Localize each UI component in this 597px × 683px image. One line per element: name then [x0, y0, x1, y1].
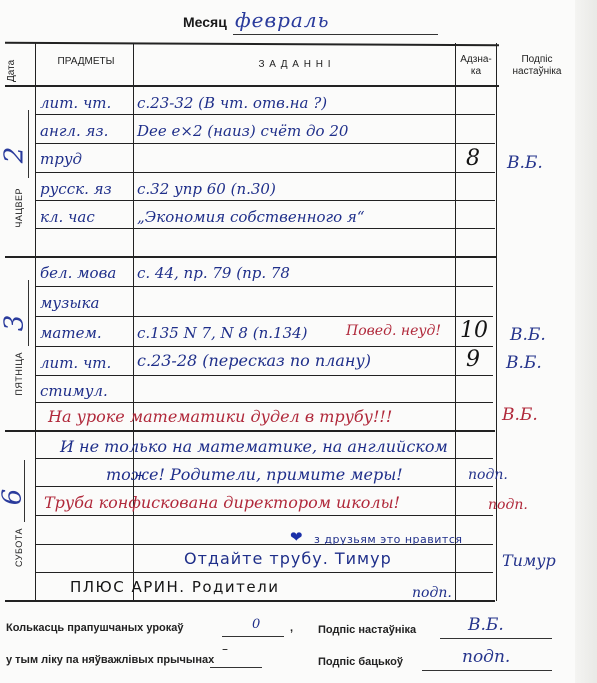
task-cell: с.23-28 (пересказ по плану) — [137, 352, 371, 370]
row-line — [35, 515, 493, 516]
tasks-column-border — [455, 43, 456, 601]
subject-cell: труд — [40, 150, 82, 168]
note-signature: подп. — [468, 466, 508, 484]
task-cell: с.135 N 7, N 8 (п.134) — [137, 324, 308, 342]
row-line — [35, 228, 495, 229]
column-header-tasks: З А Д А Н Н І — [140, 59, 450, 71]
grade-cell: 8 — [466, 150, 480, 168]
row-line — [35, 486, 493, 487]
task-cell: с.23-32 (В чт. отв.на ?) — [137, 94, 327, 112]
unexcused-line — [210, 667, 262, 668]
day-number-friday: 3 — [0, 315, 29, 332]
subject-cell: русск. яз — [40, 180, 112, 198]
note-signature: В.Б. — [502, 406, 538, 424]
teacher-signature: В.Б. — [507, 154, 543, 172]
day-number-thursday: 2 — [0, 147, 29, 164]
column-header-subjects: ПРАДМЕТЫ — [40, 56, 132, 68]
heart-icon: ❤ — [290, 528, 303, 546]
note-signature: Тимур — [502, 552, 556, 570]
teacher-signature: В.Б. — [506, 354, 542, 372]
subject-cell: бел. мова — [40, 264, 116, 282]
day-number-line — [28, 110, 29, 178]
missed-lessons-value: 0 — [252, 616, 260, 634]
day-name-friday: ПЯТНІЦА — [14, 352, 24, 396]
teacher-signature-line — [440, 638, 552, 639]
note-line: з друзьям это нравится — [314, 531, 462, 549]
column-header-date: Дата — [6, 52, 20, 82]
parent-signature-line — [422, 670, 552, 671]
note-line: Труба конфискована директором школы! — [44, 494, 400, 512]
day-separator — [5, 256, 497, 258]
note-signature: подп. — [412, 584, 452, 602]
subject-cell: стимул. — [40, 382, 108, 400]
day-number-line — [28, 280, 29, 346]
date-column-border — [35, 43, 36, 601]
row-line — [35, 458, 493, 459]
page-edge — [575, 0, 597, 683]
day-name-saturday: СУБОТА — [14, 528, 24, 567]
month-label: Месяц — [183, 14, 227, 30]
unexcused-label: у тым ліку па няўважлівых прычынах — [6, 654, 214, 666]
teacher-sig-header-line2: настаўніка — [497, 66, 577, 78]
subject-cell: лит. чт. — [40, 354, 111, 372]
table-top-border — [5, 42, 499, 47]
note-line: ПЛЮС АРИН. Родители — [70, 578, 279, 596]
parent-signature-value: подп. — [462, 648, 510, 666]
month-value: февраль — [235, 8, 329, 32]
grade-cell: 10 — [460, 322, 488, 340]
subject-cell: матем. — [40, 324, 102, 342]
subject-cell: кл. час — [40, 208, 95, 226]
unexcused-value: – — [222, 640, 228, 658]
note-signature: подп. — [488, 496, 528, 514]
teacher-sig-header-line1: Подпіс — [497, 54, 577, 66]
row-line — [35, 316, 493, 317]
row-line — [35, 402, 493, 403]
subject-cell: англ. яз. — [40, 122, 108, 140]
day-separator — [5, 430, 495, 432]
grade-cell: 9 — [466, 351, 480, 369]
month-underline — [233, 34, 438, 35]
note-line: Отдайте трубу. Тимур — [184, 550, 392, 568]
task-cell: с.32 упр 60 (п.30) — [137, 180, 276, 198]
missed-lessons-line — [222, 636, 284, 637]
parent-signature-label: Подпіс бацькоў — [318, 656, 403, 668]
row-line — [35, 286, 493, 287]
task-cell: „Экономия собственного я“ — [137, 208, 365, 226]
note-line: На уроке математики дудел в трубу!!! — [48, 408, 392, 426]
row-line — [35, 572, 493, 573]
note-line: И не только на математике, на английском — [60, 438, 448, 456]
day-number-saturday: 6 — [0, 489, 27, 506]
header-bottom-border — [5, 85, 499, 87]
task-cell: с. 44, пр. 79 (пр. 78 — [137, 264, 290, 282]
row-line — [35, 172, 495, 173]
column-header-teacher-signature: Подпіс настаўніка — [497, 54, 577, 78]
grade-header-line2: ка — [456, 66, 496, 78]
row-line — [35, 143, 495, 144]
missed-lessons-separator: , — [290, 622, 293, 634]
subjects-column-border — [133, 43, 134, 601]
grade-header-line1: Адзна- — [456, 54, 496, 66]
subject-cell: лит. чт. — [40, 94, 111, 112]
teacher-signature: В.Б. — [510, 326, 546, 344]
note-line: тоже! Родители, примите меры! — [106, 466, 403, 484]
task-cell: Dee e×2 (наиз) счёт до 20 — [137, 122, 348, 140]
day-name-thursday: ЧАЦВЕР — [14, 188, 24, 228]
teacher-signature-value: В.Б. — [468, 616, 504, 634]
row-line — [35, 200, 495, 201]
missed-lessons-label: Колькасць прапушчаных урокаў — [6, 622, 184, 634]
subject-cell: музыка — [40, 294, 99, 312]
behavior-note: Повед. неуд! — [346, 322, 441, 340]
row-line — [35, 114, 495, 115]
row-line — [35, 346, 493, 347]
column-header-grade: Адзна- ка — [456, 54, 496, 78]
teacher-signature-label: Подпіс настаўніка — [318, 624, 416, 636]
grade-column-border — [496, 43, 497, 601]
row-line — [35, 375, 493, 376]
month-header: Месяц февраль — [183, 8, 443, 38]
